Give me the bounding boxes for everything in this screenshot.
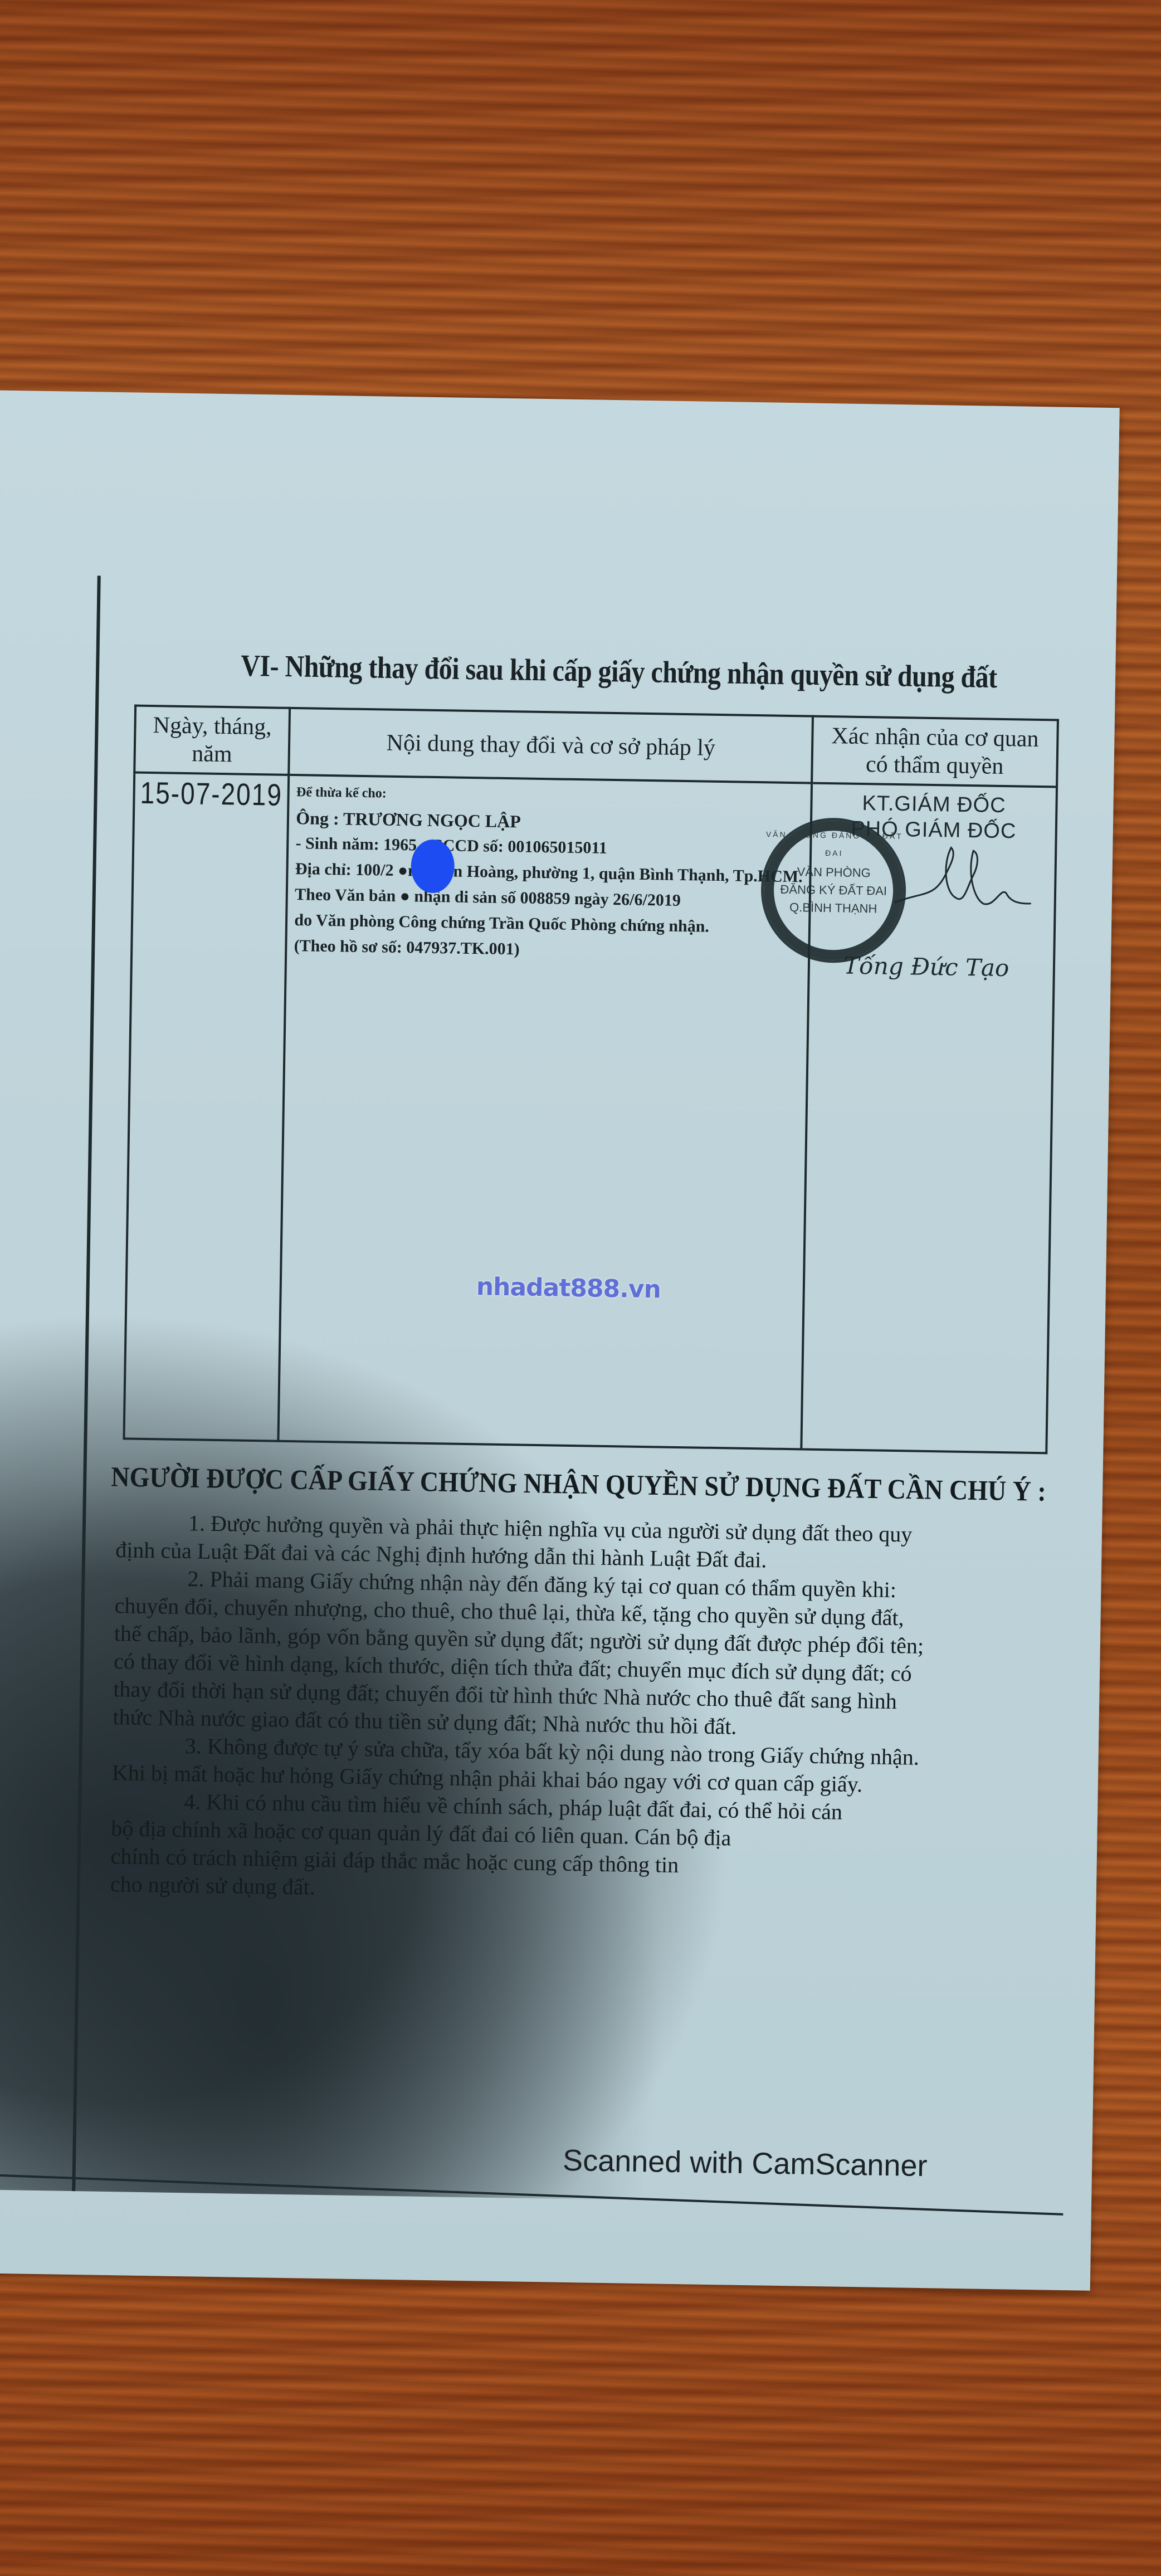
confirmation-cell: KT.GIÁM ĐỐC PHÓ GIÁM ĐỐC VĂN PHÒNG ĐĂNG … — [801, 783, 1057, 1453]
scanner-footer: Scanned with CamScanner — [563, 2143, 928, 2183]
changes-table: Ngày, tháng, năm Nội dung thay đổi và cơ… — [123, 704, 1059, 1454]
signer-name: Tống Đức Tạo — [843, 952, 1009, 982]
site-watermark: nhadat888.vn — [476, 1272, 661, 1304]
official-stamp-icon: VĂN PHÒNG ĐĂNG KÝ ĐẤT ĐAI VĂN PHÒNG ĐĂNG… — [760, 817, 907, 964]
stamp-line: ĐĂNG KÝ ĐẤT ĐAI — [780, 881, 887, 900]
table-row: 15-07-2019 Để thừa kế cho: Ông : TRƯƠNG … — [124, 773, 1057, 1453]
stamp-ring-text: VĂN PHÒNG ĐĂNG KÝ ĐẤT ĐAI — [764, 825, 904, 863]
change-date: 15-07-2019 — [135, 770, 287, 817]
stamp-line: VĂN PHÒNG — [797, 863, 871, 882]
notes-section: NGƯỜI ĐƯỢC CẤP GIẤY CHỨNG NHẬN QUYỀN SỬ … — [99, 1462, 1086, 1914]
confirmation-title: KT.GIÁM ĐỐC — [814, 790, 1053, 819]
content-cell: Để thừa kế cho: Ông : TRƯƠNG NGỌC LẬP - … — [279, 775, 812, 1450]
signature-icon — [889, 841, 1035, 927]
header-date: Ngày, tháng, năm — [134, 706, 290, 775]
scanned-paper: VI- Những thay đổi sau khi cấp giấy chứn… — [0, 390, 1120, 2291]
date-cell: 15-07-2019 — [124, 773, 289, 1441]
header-content: Nội dung thay đổi và cơ sở pháp lý — [289, 708, 813, 783]
header-confirmation: Xác nhận của cơ quan có thẩm quyền — [812, 716, 1058, 787]
stamp-line: Q.BÌNH THẠNH — [789, 899, 877, 918]
